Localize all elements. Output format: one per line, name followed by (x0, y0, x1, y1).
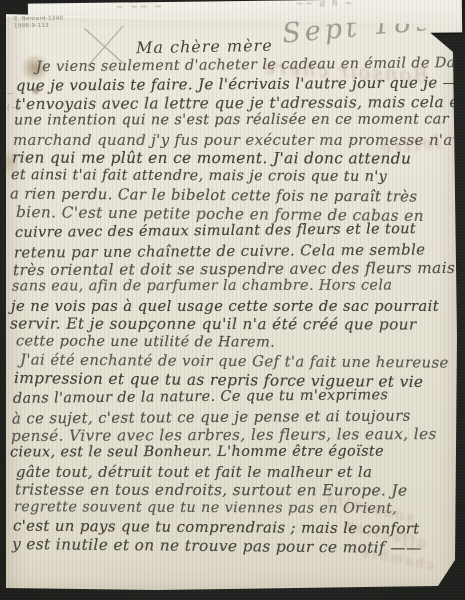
letter-line: pensé. Vivre avec les arbres, les fleurs… (11, 425, 437, 445)
archival-note-line: 1988-9-113 (14, 23, 63, 31)
underlying-sheet-writing: ~~ a h ~ (296, 0, 354, 9)
letter-line: rien qui me plût en ce moment. J'ai donc… (12, 149, 411, 168)
letter-line: dans l'amour de la nature. Ce que tu m'e… (13, 387, 388, 407)
letter-line: à ce sujet, c'est tout ce que je pense e… (12, 406, 411, 427)
letter-line: tristesse en tous endroits, surtout en E… (15, 481, 407, 500)
letter-line: cette poche une utilité de Harem. (16, 333, 275, 350)
letter-page: Bonsoir chèrelettresouvenirsaffectioncha… (6, 7, 458, 595)
letter-line: et ainsi t'ai fait attendre, mais je cro… (11, 167, 387, 185)
letter-line: marchand quand j'y fus pour exécuter ma … (13, 131, 465, 149)
letter-line: je ne vois pas à quel usage cette sorte … (11, 297, 439, 315)
letter-line: regrette souvent que tu ne viennes pas e… (14, 499, 397, 517)
photo-background: ~ ~~ ~ ~~ a h ~ Bonsoir chèrelettresouve… (0, 0, 465, 600)
letter-line: retenu par une chaînette de cuivre. Cela… (14, 240, 426, 261)
letter-line: a rien perdu. Car le bibelot cette fois … (10, 185, 418, 206)
letter-line: y est inutile et on ne trouve pas pour c… (12, 535, 422, 557)
letter-line: sans eau, afin de parfumer la chambre. H… (12, 278, 392, 295)
letter-line: c'est un pays que tu comprendrais ; mais… (13, 517, 420, 538)
salutation: Ma chère mère (136, 36, 273, 57)
letter-line: que je voulais te faire. Je l'écrivais l… (16, 74, 458, 95)
letter-line: gâte tout, détruit tout et fait le malhe… (16, 463, 372, 481)
letter-line: très oriental et doit se suspendre avec … (13, 259, 455, 279)
letter-line: servir. Et je soupçonne qu'il n'a été cr… (10, 315, 417, 334)
letter-line: J'ai été enchanté de voir que Gef t'a fa… (20, 351, 449, 372)
margin-ink-mark: ~· (6, 89, 15, 98)
letter-line: une intention qui ne s'est pas réalisée … (14, 112, 465, 129)
letter-line: cieux, est le seul Bonheur. L'homme être… (10, 444, 384, 461)
letter-line: Je viens seulement d'acheter le cadeau e… (36, 55, 465, 75)
underlying-sheet-writing: ~ ~~ ~ (116, 2, 164, 13)
letter-line: t'envoyais avec la lettre que je t'adres… (15, 93, 465, 113)
letter-line: cuivre avec des émaux simulant des fleur… (15, 221, 416, 241)
